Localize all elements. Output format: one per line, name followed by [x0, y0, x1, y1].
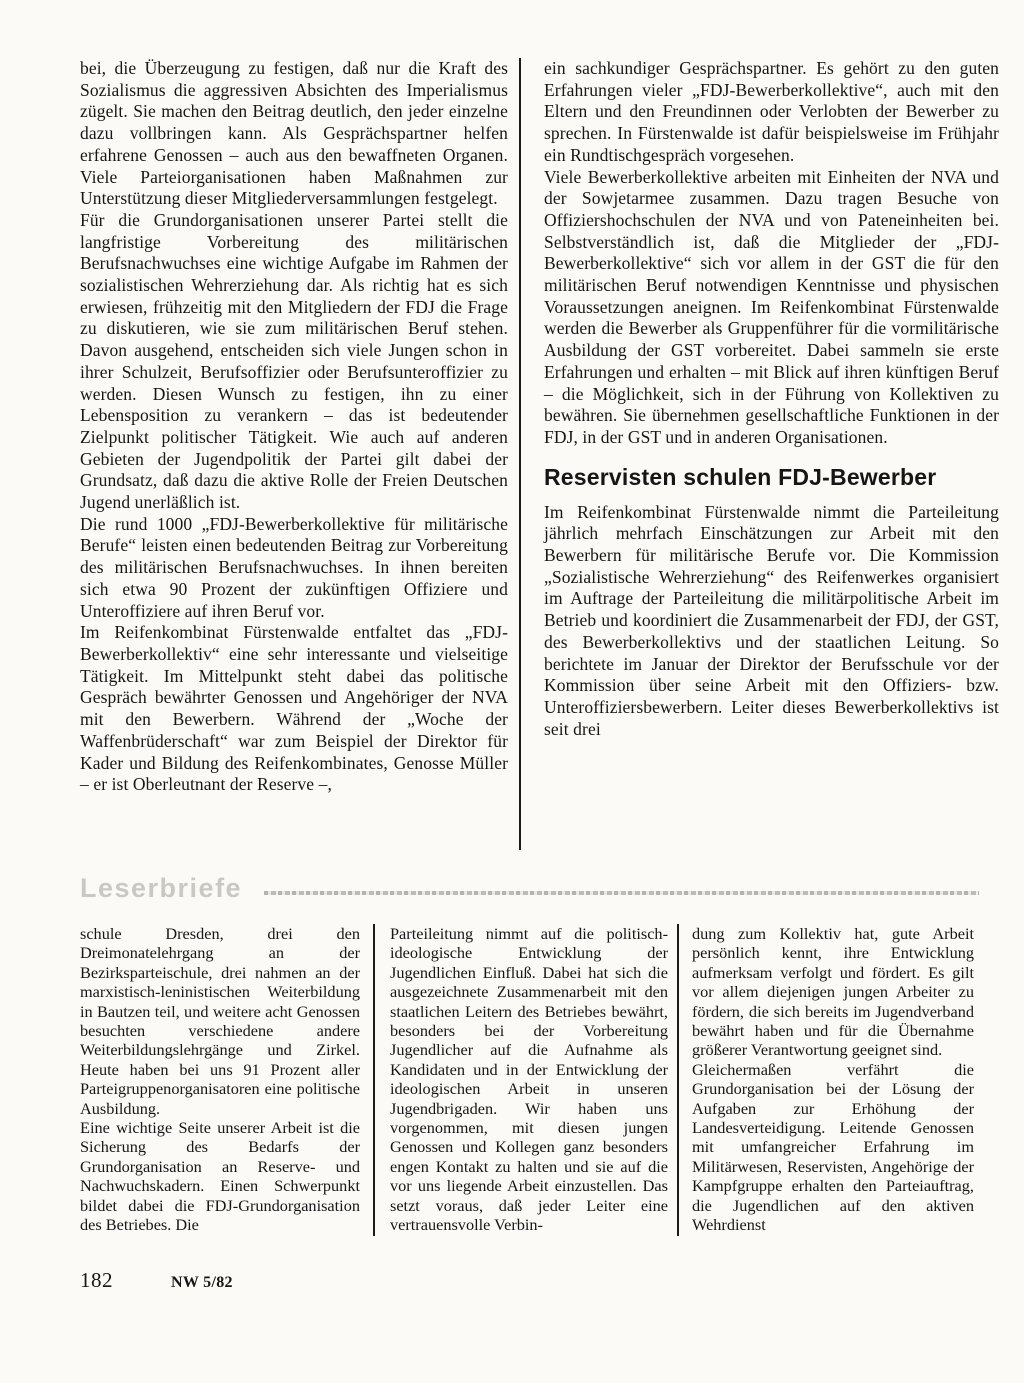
article-column-right: ein sachkundiger Gesprächspartner. Es ge…: [544, 58, 999, 850]
paragraph: Im Reifenkombinat Fürstenwalde nimmt die…: [544, 502, 999, 741]
paragraph: Für die Grundorganisationen unserer Part…: [80, 210, 508, 514]
paragraph: Viele Bewerberkollektive arbeiten mit Ei…: [544, 167, 999, 449]
page-footer: 182 NW 5/82: [80, 1268, 1024, 1293]
letters-section: schule Dresden, drei den Dreimonatelehrg…: [0, 924, 1024, 1236]
leserbriefe-squiggle-line: [264, 891, 979, 895]
paragraph: dung zum Kollektiv hat, gute Arbeit pers…: [692, 924, 974, 1060]
leserbriefe-divider: Leserbriefe: [80, 866, 979, 902]
article-column-left: bei, die Überzeugung zu festigen, daß nu…: [80, 58, 508, 850]
paragraph: bei, die Überzeugung zu festigen, daß nu…: [80, 58, 508, 210]
letters-column-1: schule Dresden, drei den Dreimonatelehrg…: [80, 924, 360, 1236]
article-heading: Reservisten schulen FDJ-Bewerber: [544, 464, 999, 490]
page-number: 182: [80, 1268, 113, 1293]
column-rule: [677, 924, 679, 1236]
letters-column-2: Parteileitung nimmt auf die politisch-id…: [390, 924, 668, 1236]
article-top-section: bei, die Überzeugung zu festigen, daß nu…: [0, 0, 1024, 850]
column-rule: [373, 924, 375, 1236]
paragraph: ein sachkundiger Gesprächspartner. Es ge…: [544, 58, 999, 167]
paragraph: Eine wichtige Seite unserer Arbeit ist d…: [80, 1118, 360, 1234]
letters-column-3: dung zum Kollektiv hat, gute Arbeit pers…: [692, 924, 974, 1236]
magazine-page: bei, die Überzeugung zu festigen, daß nu…: [0, 0, 1024, 1383]
leserbriefe-label: Leserbriefe: [80, 874, 242, 902]
paragraph: Die rund 1000 „FDJ-Bewerberkollektive fü…: [80, 514, 508, 623]
issue-label: NW 5/82: [171, 1274, 233, 1292]
paragraph: schule Dresden, drei den Dreimonatelehrg…: [80, 924, 360, 1118]
paragraph: Gleichermaßen verfährt die Grundorganisa…: [692, 1060, 974, 1235]
paragraph: Im Reifenkombinat Fürstenwalde entfaltet…: [80, 622, 508, 796]
paragraph: Parteileitung nimmt auf die politisch-id…: [390, 924, 668, 1235]
column-rule: [519, 58, 521, 850]
